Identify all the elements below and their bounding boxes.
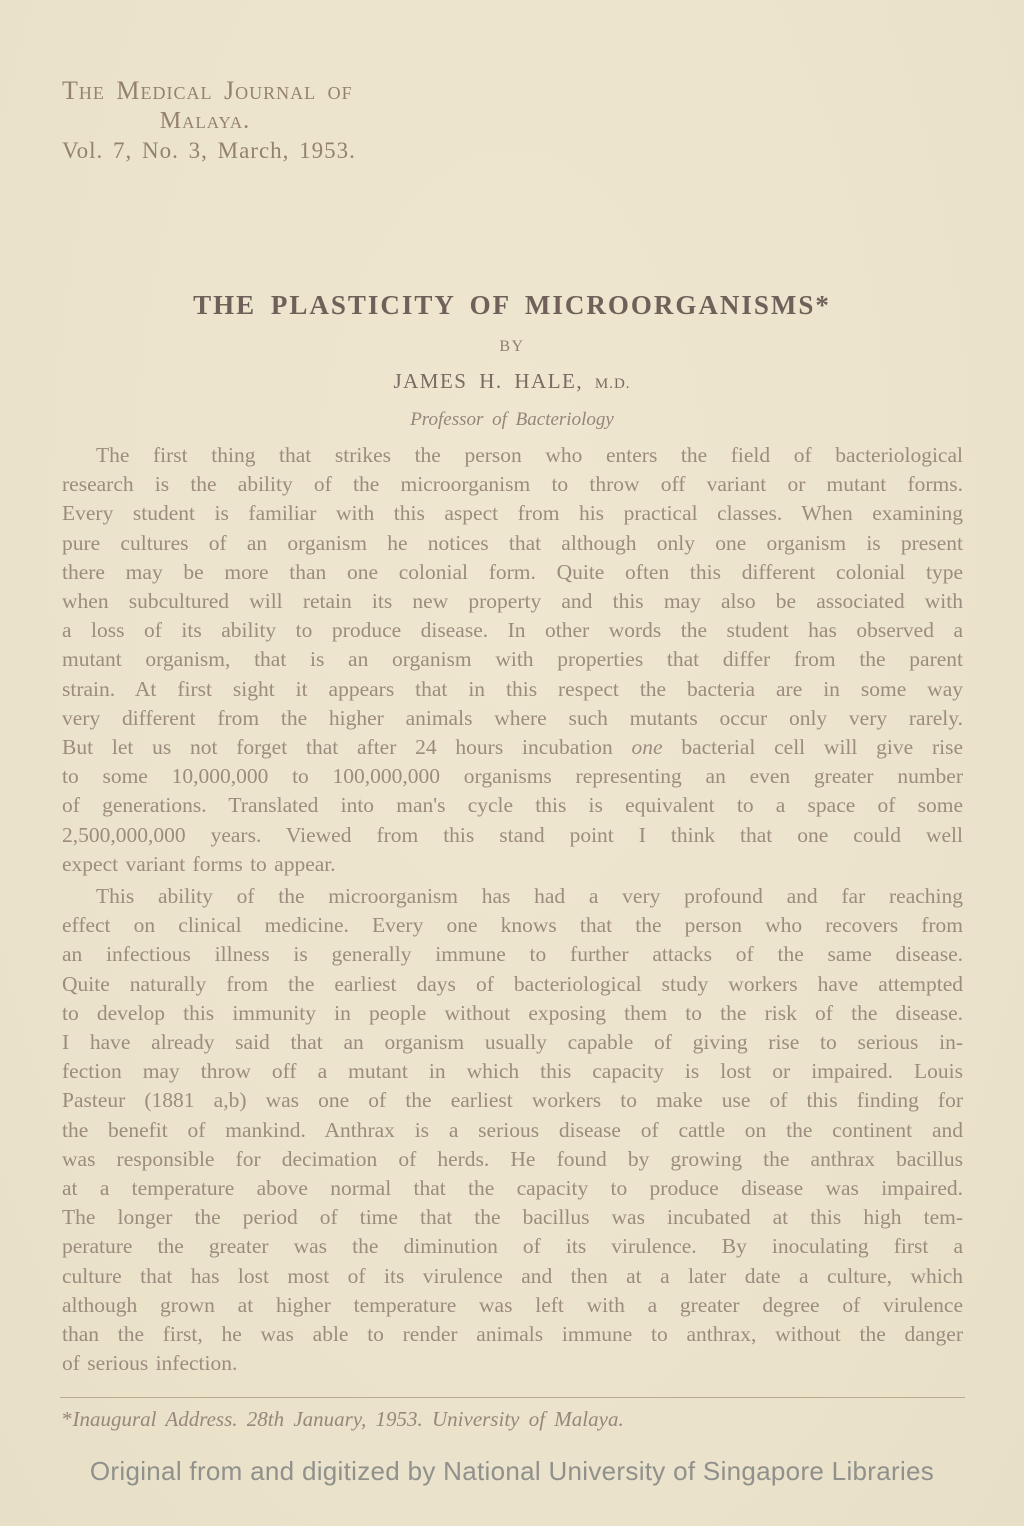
journal-name-line1: The Medical Journal of bbox=[62, 76, 356, 106]
text-line: at a temperature above normal that the c… bbox=[62, 1174, 963, 1203]
footnote-text: Inaugural Address. 28th January, 1953. U… bbox=[73, 1407, 624, 1431]
text-line: mutant organism, that is an organism wit… bbox=[62, 645, 963, 674]
text-line: than the first, he was able to render an… bbox=[62, 1320, 963, 1349]
text-line: expect variant forms to appear. bbox=[62, 850, 963, 879]
text-line: research is the ability of the microorga… bbox=[62, 470, 963, 499]
text-line: But let us not forget that after 24 hour… bbox=[62, 733, 963, 762]
footnote-marker: * bbox=[62, 1407, 73, 1431]
text-line: to develop this immunity in people witho… bbox=[62, 999, 963, 1028]
journal-volume-issue-date: Vol. 7, No. 3, March, 1953. bbox=[62, 138, 356, 164]
author-name: JAMES H. HALE, bbox=[393, 369, 583, 393]
text-line: I have already said that an organism usu… bbox=[62, 1028, 963, 1057]
author-line: JAMES H. HALE, M.D. bbox=[0, 369, 1024, 394]
journal-name-line2: Malaya. bbox=[62, 108, 348, 135]
text-line: strain. At first sight it appears that i… bbox=[62, 675, 963, 704]
text-line: very different from the higher animals w… bbox=[62, 704, 963, 733]
author-affiliation: Professor of Bacteriology bbox=[0, 409, 1024, 431]
text-line: to some 10,000,000 to 100,000,000 organi… bbox=[62, 762, 963, 791]
text-line: Pasteur (1881 a,b) was one of the earlie… bbox=[62, 1086, 963, 1115]
footnote-divider-rule bbox=[60, 1397, 965, 1398]
digitization-footer: Original from and digitized by National … bbox=[0, 1456, 1024, 1487]
text-line: of generations. Translated into man's cy… bbox=[62, 791, 963, 820]
text-line: culture that has lost most of its virule… bbox=[62, 1262, 963, 1291]
byline-label: BY bbox=[0, 338, 1024, 356]
text-line: there may be more than one colonial form… bbox=[62, 558, 963, 587]
text-line: when subcultured will retain its new pro… bbox=[62, 587, 963, 616]
text-line: The longer the period of time that the b… bbox=[62, 1203, 963, 1232]
text-line: a loss of its ability to produce disease… bbox=[62, 616, 963, 645]
body-paragraph: The first thing that strikes the person … bbox=[62, 441, 963, 879]
text-line: perature the greater was the diminution … bbox=[62, 1232, 963, 1261]
footnote: *Inaugural Address. 28th January, 1953. … bbox=[62, 1407, 963, 1432]
text-line: of serious infection. bbox=[62, 1349, 963, 1378]
text-line: pure cultures of an organism he notices … bbox=[62, 529, 963, 558]
text-line: The first thing that strikes the person … bbox=[62, 441, 963, 470]
scanned-journal-page: The Medical Journal of Malaya. Vol. 7, N… bbox=[0, 0, 1024, 1526]
body-paragraph: This ability of the microorganism has ha… bbox=[62, 882, 963, 1378]
journal-masthead: The Medical Journal of Malaya. Vol. 7, N… bbox=[62, 76, 356, 164]
article-title: THE PLASTICITY OF MICROORGANISMS* bbox=[0, 290, 1024, 321]
article-body: The first thing that strikes the person … bbox=[62, 441, 963, 1382]
text-line: was responsible for decimation of herds.… bbox=[62, 1145, 963, 1174]
author-degree: M.D. bbox=[595, 376, 631, 392]
text-line: This ability of the microorganism has ha… bbox=[62, 882, 963, 911]
text-line: fection may throw off a mutant in which … bbox=[62, 1057, 963, 1086]
text-line: Every student is familiar with this aspe… bbox=[62, 499, 963, 528]
text-line: 2,500,000,000 years. Viewed from this st… bbox=[62, 821, 963, 850]
text-line: although grown at higher temperature was… bbox=[62, 1291, 963, 1320]
article-title-block: THE PLASTICITY OF MICROORGANISMS* BY JAM… bbox=[0, 290, 1024, 431]
text-line: Quite naturally from the earliest days o… bbox=[62, 970, 963, 999]
text-line: effect on clinical medicine. Every one k… bbox=[62, 911, 963, 940]
text-line: an infectious illness is generally immun… bbox=[62, 940, 963, 969]
text-line: the benefit of mankind. Anthrax is a ser… bbox=[62, 1116, 963, 1145]
